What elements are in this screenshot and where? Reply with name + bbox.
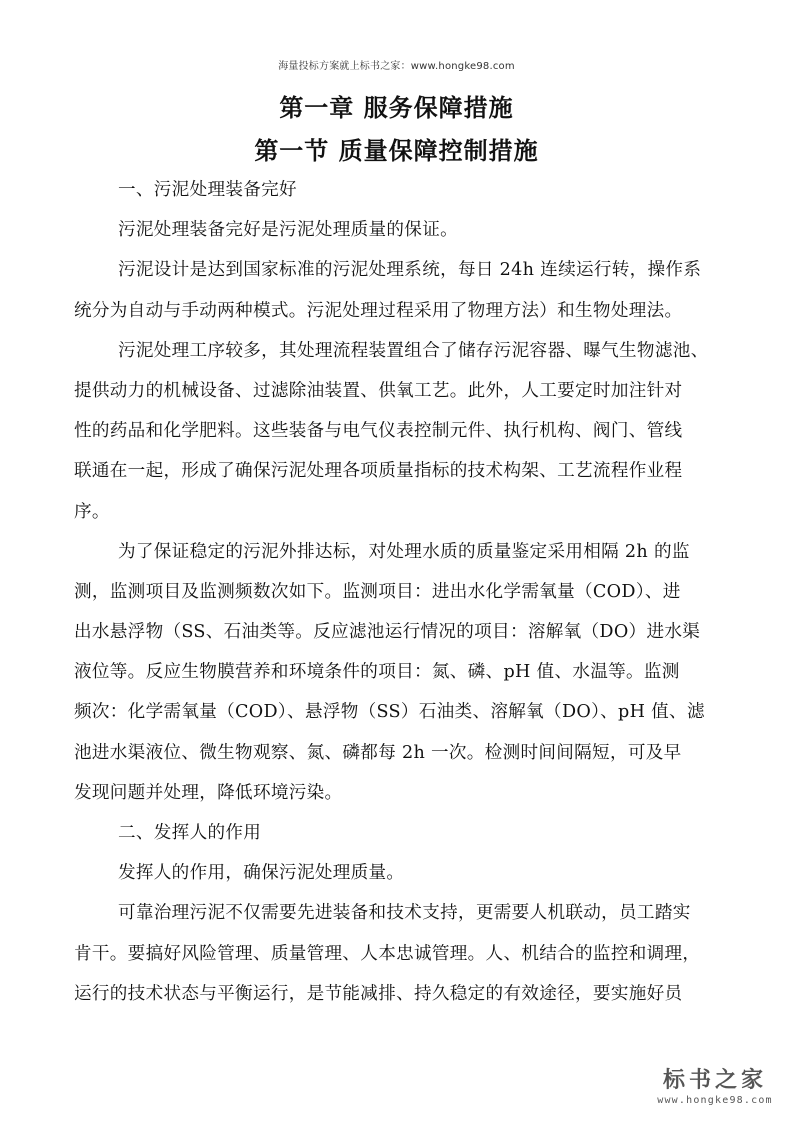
paragraph-line: 运行的技术状态与平衡运行，是节能减排、持久稳定的有效途径，要实施好员 <box>74 974 724 1014</box>
paragraph-line: 液位等。反应生物膜营养和环境条件的项目：氮、磷、pH 值、水温等。监测 <box>74 652 724 692</box>
paragraph-line: 可靠治理污泥不仅需要先进装备和技术支持，更需要人机联动，员工踏实 <box>74 893 724 933</box>
paragraph-line: 出水悬浮物（SS、石油类等。反应滤池运行情况的项目：溶解氧（DO）进水渠 <box>74 612 724 652</box>
paragraph-line: 肯干。要搞好风险管理、质量管理、人本忠诚管理。人、机结合的监控和调理， <box>74 934 724 974</box>
section-title: 第一节 质量保障控制措施 <box>0 131 793 166</box>
header-note: 海量投标方案就上标书之家：www.hongke98.com <box>0 57 793 72</box>
paragraph-line: 发挥人的作用，确保污泥处理质量。 <box>74 853 724 893</box>
paragraph-line: 污泥处理装备完好是污泥处理质量的保证。 <box>74 210 724 250</box>
paragraph-line: 测，监测项目及监测频数次如下。监测项目：进出水化学需氧量（COD）、进 <box>74 572 724 612</box>
paragraph-line: 污泥处理工序较多，其处理流程装置组合了储存污泥容器、曝气生物滤池、 <box>74 331 724 371</box>
paragraph-line: 发现问题并处理，降低环境污染。 <box>74 773 724 813</box>
document-body: 一、污泥处理装备完好 污泥处理装备完好是污泥处理质量的保证。 污泥设计是达到国家… <box>74 170 724 1014</box>
paragraph-line: 为了保证稳定的污泥外排达标，对处理水质的质量鉴定采用相隔 2h 的监 <box>74 532 724 572</box>
subheading-human-role: 二、发挥人的作用 <box>74 813 724 853</box>
logo-url: www.hongke98.com <box>640 1094 790 1108</box>
paragraph-line: 性的药品和化学肥料。这些装备与电气仪表控制元件、执行机构、阀门、管线 <box>74 411 724 451</box>
paragraph-line: 污泥设计是达到国家标准的污泥处理系统，每日 24h 连续运行转，操作系 <box>74 250 724 290</box>
chapter-title: 第一章 服务保障措施 <box>0 88 793 123</box>
paragraph-line: 序。 <box>74 492 724 532</box>
paragraph-line: 池进水渠液位、微生物观察、氮、磷都每 2h 一次。检测时间间隔短，可及早 <box>74 733 724 773</box>
subheading-equipment: 一、污泥处理装备完好 <box>74 170 724 210</box>
logo-text: 标书之家 <box>640 1068 790 1094</box>
paragraph-line: 统分为自动与手动两种模式。污泥处理过程采用了物理方法）和生物处理法。 <box>74 291 724 331</box>
paragraph-line: 联通在一起，形成了确保污泥处理各项质量指标的技术构架、工艺流程作业程 <box>74 451 724 491</box>
footer-logo: 标书之家 www.hongke98.com <box>640 1068 790 1108</box>
paragraph-line: 提供动力的机械设备、过滤除油装置、供氧工艺。此外，人工要定时加注针对 <box>74 371 724 411</box>
paragraph-line: 频次：化学需氧量（COD）、悬浮物（SS）石油类、溶解氧（DO）、pH 值、滤 <box>74 692 724 732</box>
